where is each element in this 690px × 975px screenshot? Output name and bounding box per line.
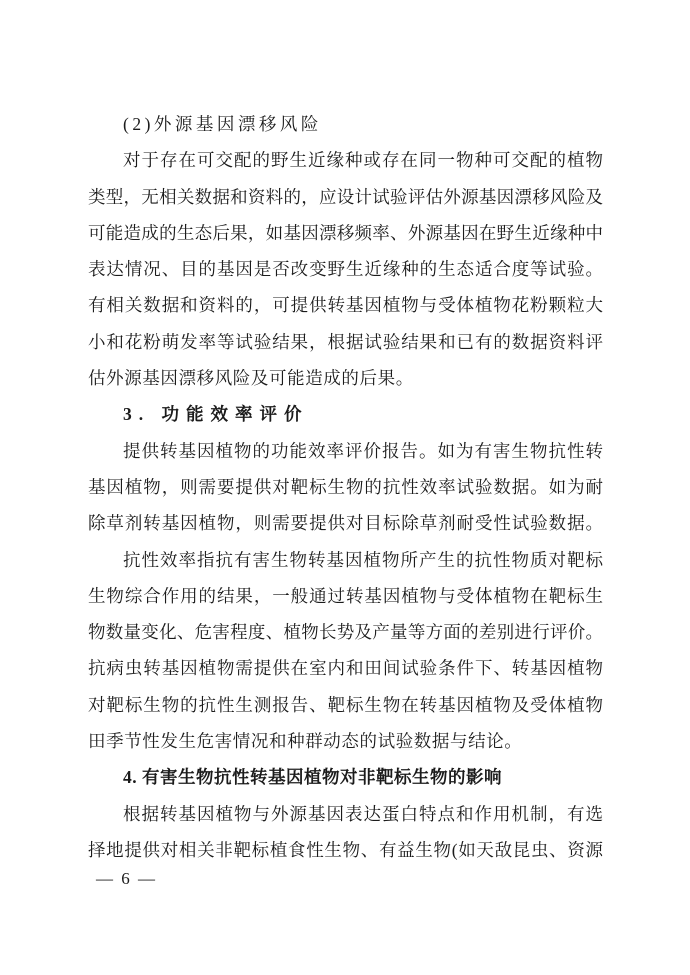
paragraph1-line: 可能造成的生态后果，如基因漂移频率、外源基因在野生近缘种中 [88, 215, 603, 251]
subheading-gene-flow-risk: (2)外源基因漂移风险 [88, 106, 603, 142]
paragraph4-line: 根据转基因植物与外源基因表达蛋白特点和作用机制，有选 [88, 796, 603, 832]
paragraph3-line: 物数量变化、危害程度、植物长势及产量等方面的差别进行评价。 [88, 614, 603, 650]
paragraph3-line: 生物综合作用的结果，一般通过转基因植物与受体植物在靶标生 [88, 578, 603, 614]
page-number: — 6 — [96, 869, 157, 889]
paragraph1-line: 估外源基因漂移风险及可能造成的后果。 [88, 360, 603, 396]
paragraph3-line: 田季节性发生危害情况和种群动态的试验数据与结论。 [88, 723, 603, 759]
paragraph2-line: 除草剂转基因植物，则需要提供对目标除草剂耐受性试验数据。 [88, 505, 603, 541]
paragraph3-line: 抗病虫转基因植物需提供在室内和田间试验条件下、转基因植物 [88, 650, 603, 686]
paragraph2-line: 基因植物，则需要提供对靶标生物的抗性效率试验数据。如为耐 [88, 469, 603, 505]
document-page: (2)外源基因漂移风险 对于存在可交配的野生近缘种或存在同一物种可交配的植物 类… [0, 0, 690, 975]
paragraph1-line: 对于存在可交配的野生近缘种或存在同一物种可交配的植物 [88, 142, 603, 178]
paragraph1-line: 小和花粉萌发率等试验结果，根据试验结果和已有的数据资料评 [88, 324, 603, 360]
paragraph3-line: 抗性效率指抗有害生物转基因植物所产生的抗性物质对靶标 [88, 542, 603, 578]
paragraph1-line: 表达情况、目的基因是否改变野生近缘种的生态适合度等试验。 [88, 251, 603, 287]
paragraph1-line: 有相关数据和资料的，可提供转基因植物与受体植物花粉颗粒大 [88, 287, 603, 323]
paragraph2-line: 提供转基因植物的功能效率评价报告。如为有害生物抗性转 [88, 433, 603, 469]
paragraph1-line: 类型，无相关数据和资料的，应设计试验评估外源基因漂移风险及 [88, 179, 603, 215]
section-heading-4: 4. 有害生物抗性转基因植物对非靶标生物的影响 [88, 759, 603, 795]
paragraph3-line: 对靶标生物的抗性生测报告、靶标生物在转基因植物及受体植物 [88, 687, 603, 723]
text-block: (2)外源基因漂移风险 对于存在可交配的野生近缘种或存在同一物种可交配的植物 类… [88, 106, 603, 868]
paragraph4-line: 择地提供对相关非靶标植食性生物、有益生物(如天敌昆虫、资源 [88, 832, 603, 868]
section-heading-3: 3. 功能效率评价 [88, 396, 603, 432]
